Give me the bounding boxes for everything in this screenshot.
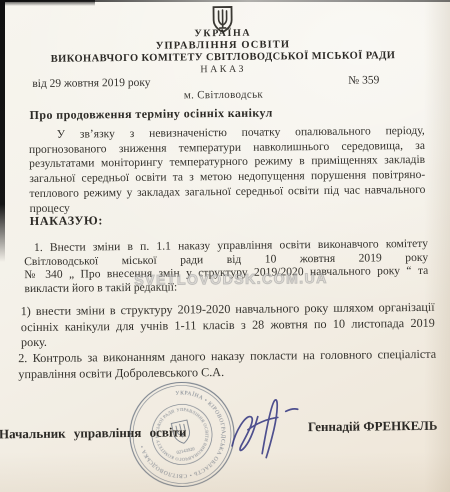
document-subject: Про продовження терміну осінніх канікул: [30, 105, 273, 123]
preamble-paragraph: У зв’язку з невизначеністю початку опалю…: [29, 124, 426, 216]
order-heading: НАКАЗУЮ:: [30, 213, 103, 229]
order-subitem-1: 1) внести зміни в структуру 2019-2020 на…: [21, 300, 435, 351]
signer-position: Начальник управління освіти: [0, 424, 186, 442]
scan-corner-top-left: [0, 0, 95, 6]
site-watermark: SVETLOVODSK.COM.UA: [134, 270, 328, 288]
signer-name: Геннадій ФРЕНКЕЛЬ: [308, 418, 438, 435]
paper-shadow-bottom: [0, 452, 450, 492]
document-date: від 29 жовтня 2019 року: [32, 77, 150, 90]
scan-edge-left: [0, 0, 5, 262]
paper-shadow-right: [424, 0, 450, 492]
document-number: № 359: [348, 74, 379, 86]
document-content: УКРАЇНА УПРАВЛІННЯ ОСВІТИ ВИКОНАВЧОГО КО…: [0, 0, 450, 492]
scanned-document-page: УКРАЇНА УПРАВЛІННЯ ОСВІТИ ВИКОНАВЧОГО КО…: [0, 0, 450, 492]
